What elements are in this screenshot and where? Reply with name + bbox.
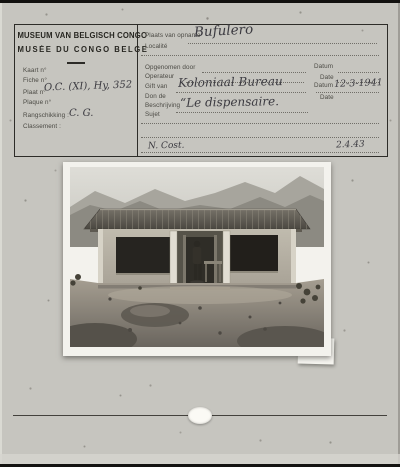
plaque-label: Plaque n° [23,99,51,106]
donor-handwritten: Koloniaal Bureau [178,74,283,90]
photo-column-left [170,231,177,289]
subject-handwritten: “Le dispensaire. [180,94,279,110]
scanned-index-card: MUSEUM VAN BELGISCH CONGO MUSÉE DU CONGO… [0,0,400,467]
dotted-line [141,54,379,56]
operateur-label: Operateur [145,73,174,80]
photo-window-left-sill [116,273,172,275]
photograph-print [63,162,331,356]
dotted-line [141,122,379,124]
datum-label-1: Datum [314,63,333,70]
museum-title-dutch: MUSEUM VAN BELGISCH CONGO [17,31,134,40]
plaat-label: Plaat n° [23,89,46,96]
dispensary-photo [70,167,324,347]
dotted-line [316,91,379,93]
sujet-label: Sujet [145,111,160,118]
beschrijving-label: Beschrijving [145,102,180,109]
gift-date-handwritten: 12-3-1941 [334,77,383,90]
classement-label: Classement : [23,123,61,130]
photo-door-frame-left [183,235,186,287]
datum-label-2: Datum [314,82,333,89]
photo-corner-pilaster-right [291,229,296,287]
photo-sandy-area [108,286,292,304]
classification-handwritten: C. G. [69,108,93,119]
date-label-2: Date [320,94,334,101]
punch-hole [188,407,212,424]
plaats-van-opname-label: Plaats van opname [145,32,201,39]
gift-van-label: Gift van [145,83,168,90]
rangschikking-label: Rangschikking : [23,112,69,119]
dotted-line [141,151,379,153]
place-handwritten: Bufulero [194,21,254,40]
museum-title-french: MUSÉE DU CONGO BELGE [17,45,134,54]
title-divider [67,62,85,64]
photo-rock-highlight [130,305,170,317]
photo-window-left [116,237,172,273]
dotted-line [176,111,308,113]
photo-bench-top [204,261,222,264]
opgenomen-door-label: Opgenomen door [145,64,195,71]
card-form: MUSEUM VAN BELGISCH CONGO MUSÉE DU CONGO… [14,24,388,157]
plate-number-handwritten: O.C. (XI), Hy, 352 [44,79,133,93]
localite-label: Localité [145,43,168,50]
dotted-line [202,71,306,73]
photo-bench-leg [205,264,207,282]
dotted-line [338,71,379,73]
card-left-section: MUSEUM VAN BELGISCH CONGO MUSÉE DU CONGO… [15,25,138,156]
date-label-1: Date [320,74,334,81]
card-right-section: Plaats van opname Bufulero Localité Opge… [138,25,387,156]
dotted-line [141,136,379,138]
photo-bench-leg [219,264,221,282]
annotation-right-handwritten: 2.4.43 [336,140,365,151]
photo-corner-pilaster-left [98,229,103,287]
annotation-left-handwritten: N. Cost. [148,141,185,152]
dotted-line [176,91,306,93]
scan-bottom-band [0,454,400,464]
kaart-label: Kaart n° [23,67,47,74]
dotted-line [188,42,377,44]
paper-speckles [0,0,1,1]
photo-column-right [223,231,230,289]
don-de-label: Don de [145,93,166,100]
scan-left-edge [0,0,2,467]
